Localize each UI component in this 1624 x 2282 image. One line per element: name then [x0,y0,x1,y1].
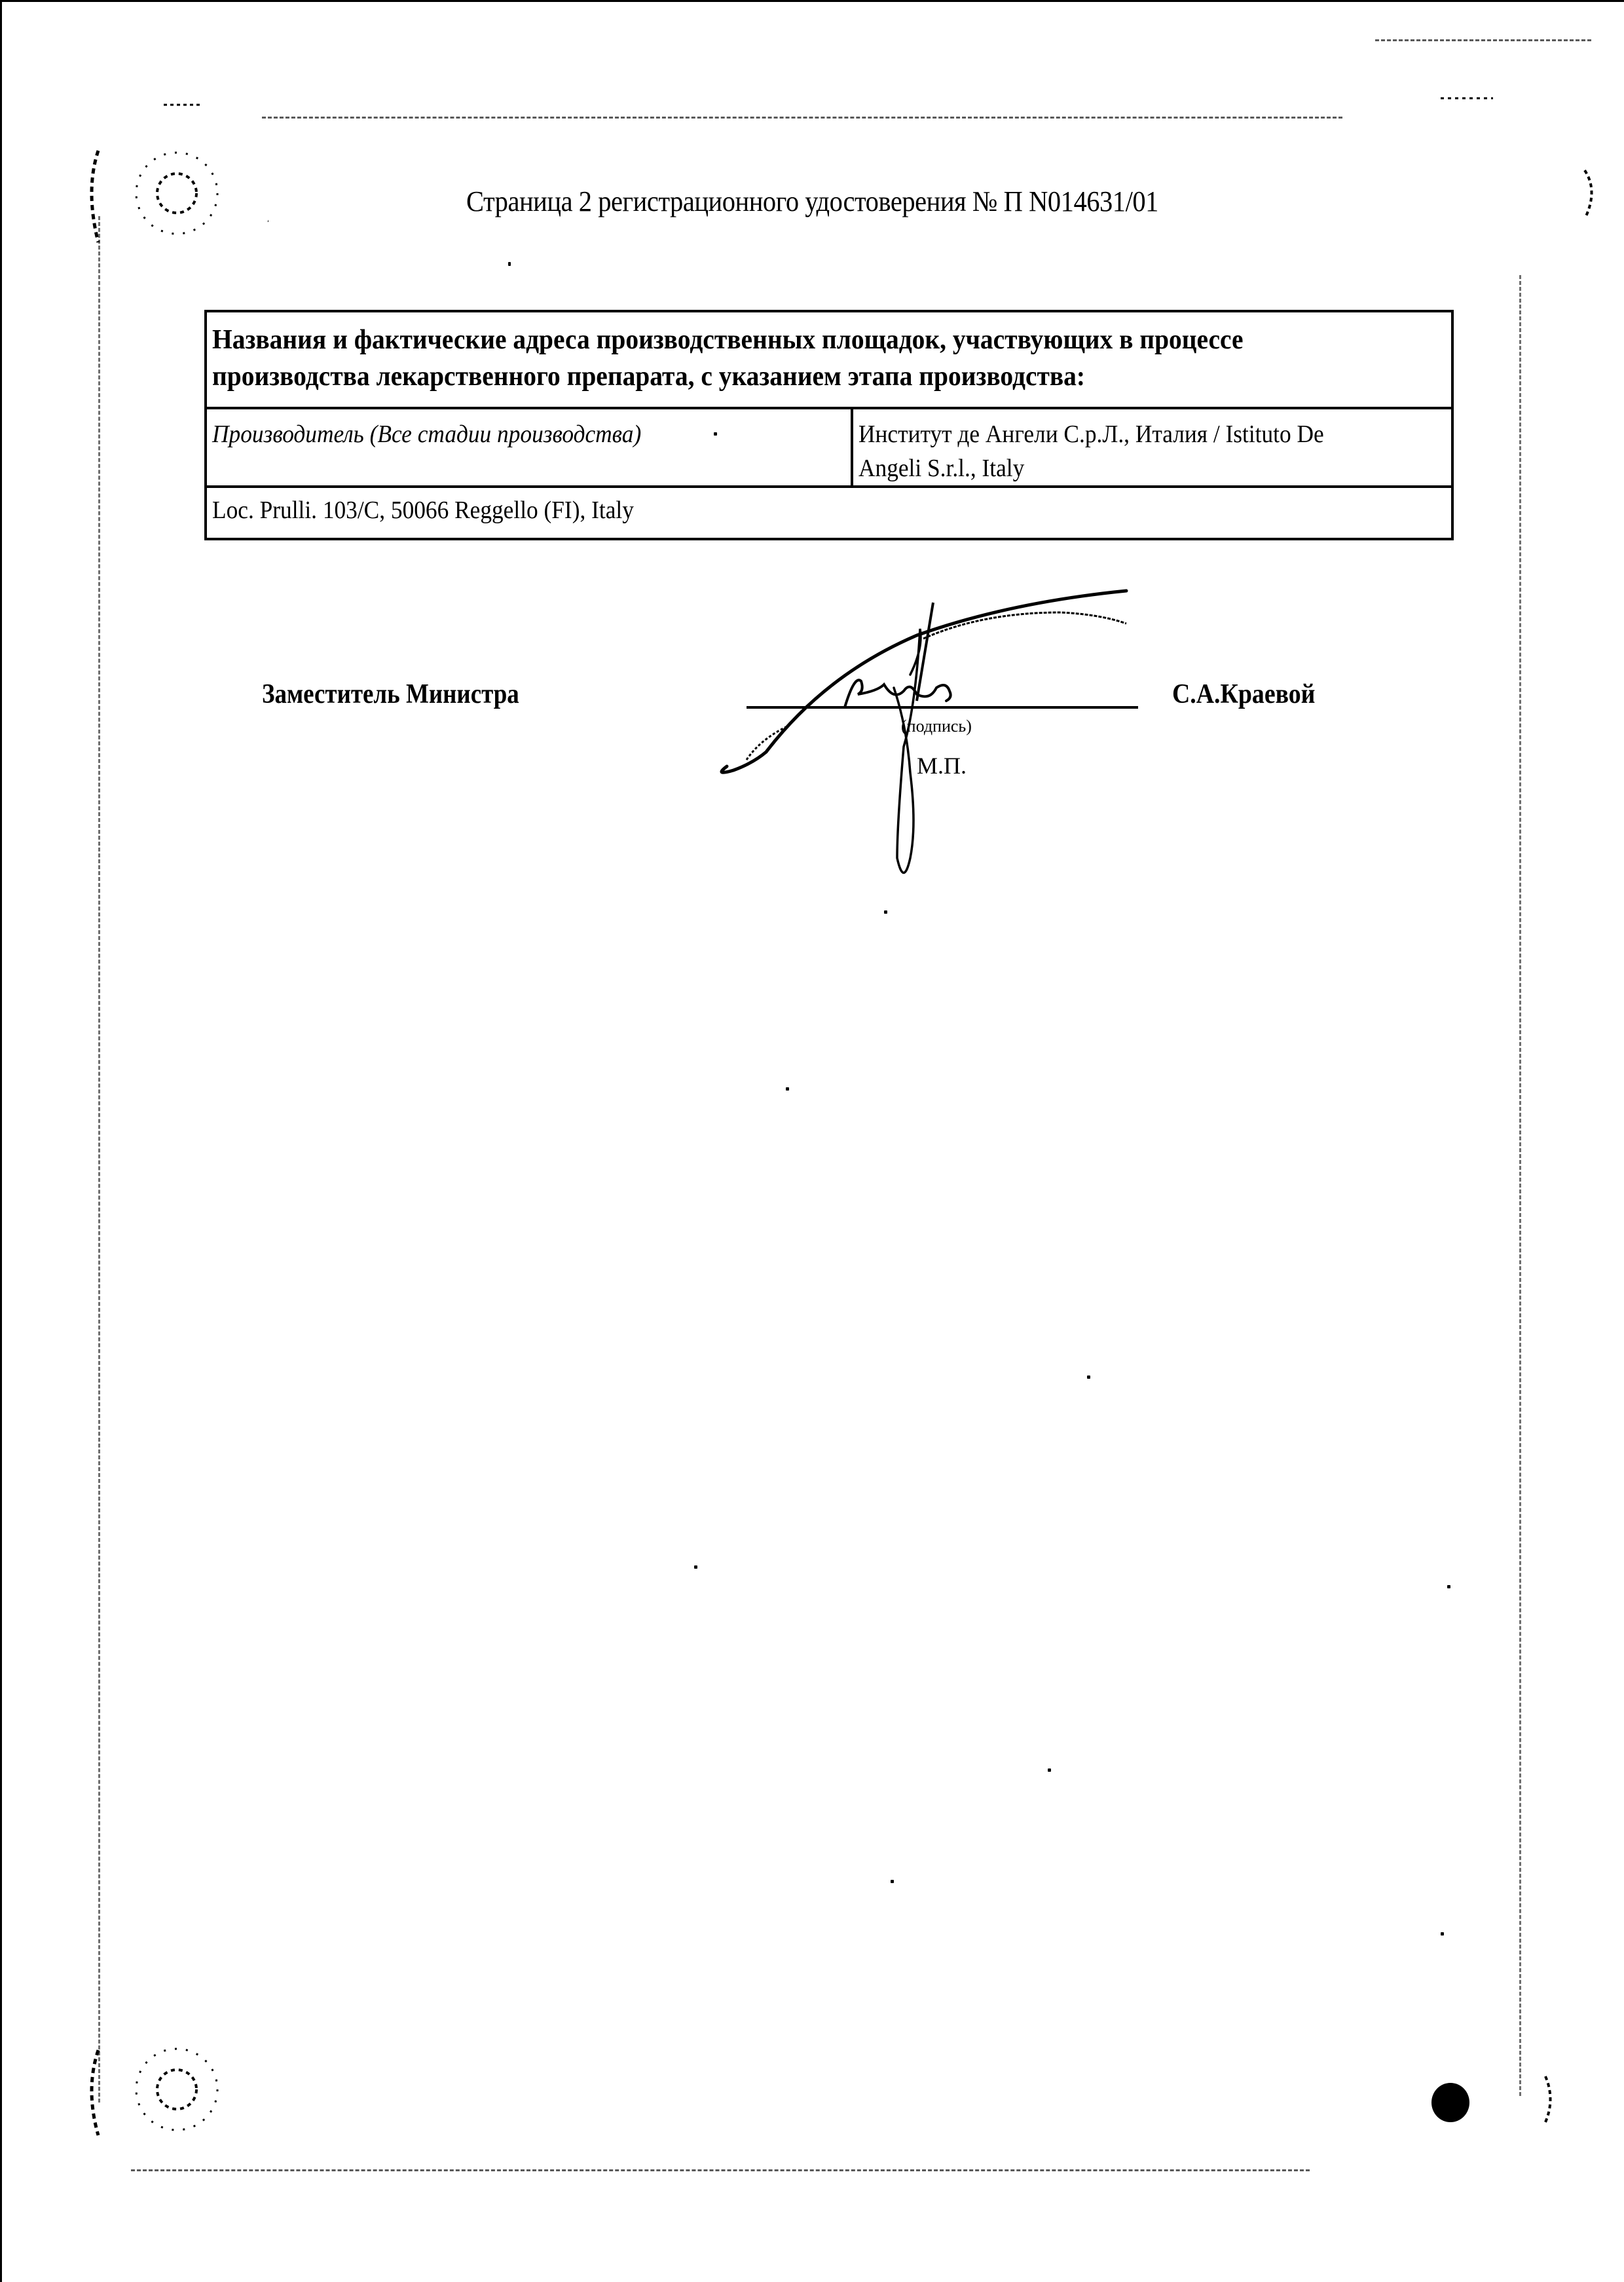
scan-noise [1375,39,1591,41]
manufacturer-org-cell: Институт де Ангели С.р.Л., Италия / Isti… [852,408,1452,487]
signatory-position: Заместитель Министра [262,679,554,710]
scan-noise [884,910,887,914]
table-heading-row: Названия и фактические адреса производст… [206,311,1452,408]
table-row: Loc. Prulli. 103/C, 50066 Reggello (FI),… [206,487,1452,539]
handwritten-signature-icon [707,576,1231,891]
ink-blot [1431,2083,1469,2122]
manufacturer-name-line: Институт де Ангели С.р.Л., Италия / Isti… [858,417,1324,451]
scan-noise [1087,1375,1090,1379]
manufacturer-name-line: Angeli S.r.l., Italy [858,451,1024,485]
production-sites-table: Названия и фактические адреса производст… [204,310,1454,540]
scan-noise [1048,1768,1051,1772]
table-heading-line: производства лекарственного препарата, с… [212,358,1085,395]
scan-noise [1447,1585,1450,1588]
page-header: Страница 2 регистрационного удостоверени… [0,185,1624,218]
table-row: Производитель (Все стадии производства) … [206,408,1452,487]
manufacturer-role-cell: Производитель (Все стадии производства) [206,408,852,487]
corner-ornament-icon [72,2004,268,2175]
table-heading-line: Названия и фактические адреса производст… [212,322,1244,358]
address-cell: Loc. Prulli. 103/C, 50066 Reggello (FI),… [206,487,1452,539]
decorative-border-right [1519,275,1521,2096]
corner-ornament-icon [1414,92,1611,262]
manufacturer-role: Производитель (Все стадии производства) [212,417,641,451]
scan-noise [694,1565,697,1569]
decorative-border-bottom [131,2169,1310,2171]
scan-noise [1441,1932,1444,1936]
scan-edge [0,0,1624,2]
scan-edge [0,0,2,2282]
corner-ornament-icon [72,92,268,262]
decorative-border-left [98,216,100,2103]
scan-noise [508,262,511,266]
site-address: Loc. Prulli. 103/C, 50066 Reggello (FI),… [212,493,634,527]
scan-noise [891,1880,894,1883]
page-header-text: Страница 2 регистрационного удостоверени… [466,185,1158,218]
decorative-border-top [262,117,1342,119]
scan-noise [786,1087,789,1091]
table-heading: Названия и фактические адреса производст… [206,311,1452,408]
corner-ornament-icon [1480,2063,1559,2142]
signatory-position-text: Заместитель Министра [262,679,519,710]
